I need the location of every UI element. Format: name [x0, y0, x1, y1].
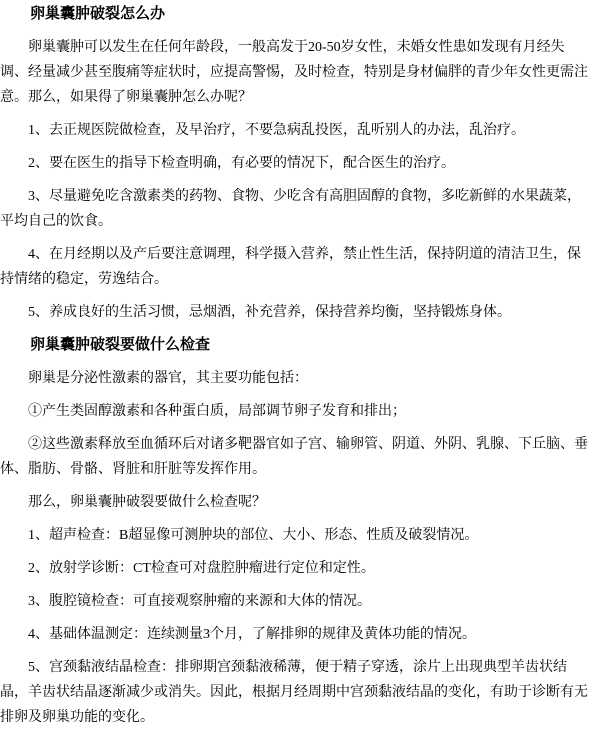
- section-2-function-1: ①产生类固醇激素和各种蛋白质，局部调节卵子发育和排出；: [0, 399, 590, 424]
- section-2-check-3: 3、腹腔镜检查：可直接观察肿瘤的来源和大体的情况。: [0, 589, 590, 614]
- section-1-item-2: 2、要在医生的指导下检查明确，有必要的情况下，配合医生的治疗。: [0, 151, 590, 176]
- article-body: 卵巢囊肿破裂怎么办 卵巢囊肿可以发生在任何年龄段，一般高发于20-50岁女性，未…: [0, 2, 590, 729]
- section-1-item-3: 3、尽量避免吃含激素类的药物、食物、少吃含有高胆固醇的食物，多吃新鲜的水果蔬菜，…: [0, 184, 590, 234]
- section-1-item-1: 1、去正规医院做检查，及早治疗，不要急病乱投医，乱听别人的办法，乱治疗。: [0, 118, 590, 143]
- section-2-intro-paragraph: 卵巢是分泌性激素的器官，其主要功能包括：: [0, 366, 590, 391]
- section-2-heading: 卵巢囊肿破裂要做什么检查: [0, 333, 590, 358]
- section-1-heading: 卵巢囊肿破裂怎么办: [0, 2, 590, 27]
- section-2-check-2: 2、放射学诊断：CT检查可对盘腔肿瘤进行定位和定性。: [0, 556, 590, 581]
- section-2-function-2: ②这些激素释放至血循环后对诸多靶器官如子宫、输卵管、阴道、外阴、乳腺、下丘脑、垂…: [0, 432, 590, 482]
- section-2-check-1: 1、超声检查：B超显像可测肿块的部位、大小、形态、性质及破裂情况。: [0, 523, 590, 548]
- section-2-check-5: 5、宫颈黏液结晶检查：排卵期宫颈黏液稀薄，便于精子穿透，涂片上出现典型羊齿状结晶…: [0, 655, 590, 729]
- section-1-item-4: 4、在月经期以及产后要注意调理，科学摄入营养，禁止性生活，保持阴道的清洁卫生，保…: [0, 242, 590, 292]
- section-1-item-5: 5、养成良好的生活习惯，忌烟酒，补充营养，保持营养均衡，坚持锻炼身体。: [0, 300, 590, 325]
- section-2-question-paragraph: 那么，卵巢囊肿破裂要做什么检查呢？: [0, 490, 590, 515]
- section-1-intro-paragraph: 卵巢囊肿可以发生在任何年龄段，一般高发于20-50岁女性，未婚女性患如发现有月经…: [0, 35, 590, 110]
- section-2-check-4: 4、基础体温测定：连续测量3个月，了解排卵的规律及黄体功能的情况。: [0, 622, 590, 647]
